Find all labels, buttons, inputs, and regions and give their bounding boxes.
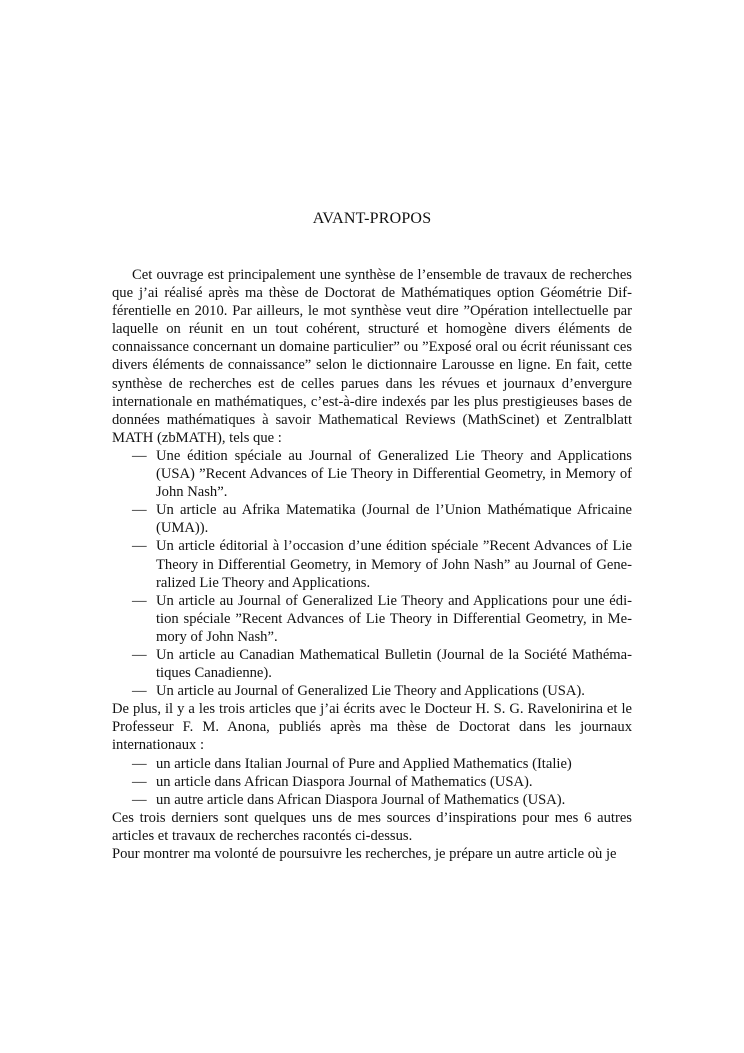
- intro-paragraph: Cet ouvrage est principalement une synth…: [112, 266, 632, 447]
- em-dash-bullet: —: [132, 592, 147, 610]
- list-item: —un article dans Italian Journal of Pure…: [156, 755, 632, 773]
- em-dash-bullet: —: [132, 755, 147, 773]
- list-item: —Un article au Afrika Matematika (Journa…: [156, 501, 632, 537]
- em-dash-bullet: —: [132, 791, 147, 809]
- em-dash-bullet: —: [132, 773, 147, 791]
- em-dash-bullet: —: [132, 501, 147, 519]
- em-dash-bullet: —: [132, 447, 147, 465]
- list-item: —Un article au Journal of Generalized Li…: [156, 682, 632, 700]
- document-body: Cet ouvrage est principalement une synth…: [112, 266, 632, 863]
- em-dash-bullet: —: [132, 646, 147, 664]
- list-item: —Un article au Canadian Mathematical Bul…: [156, 646, 632, 682]
- page-title: AVANT-PROPOS: [112, 210, 632, 228]
- publications-list: —Une édition spéciale au Journal of Gene…: [112, 447, 632, 700]
- em-dash-bullet: —: [132, 537, 147, 555]
- list-item: —un autre article dans African Diaspora …: [156, 791, 632, 809]
- list-item: —Un article au Journal of Generalized Li…: [156, 592, 632, 646]
- sources-paragraph: Ces trois derniers sont quelques uns de …: [112, 809, 632, 845]
- coauthored-paragraph: De plus, il y a les trois articles que j…: [112, 700, 632, 754]
- list-item: —Un article éditorial à l’occasion d’une…: [156, 537, 632, 591]
- closing-paragraph: Pour montrer ma volonté de poursuivre le…: [112, 845, 632, 863]
- list-item: —un article dans African Diaspora Journa…: [156, 773, 632, 791]
- list-item: —Une édition spéciale au Journal of Gene…: [156, 447, 632, 501]
- em-dash-bullet: —: [132, 682, 147, 700]
- coauthored-list: —un article dans Italian Journal of Pure…: [112, 755, 632, 809]
